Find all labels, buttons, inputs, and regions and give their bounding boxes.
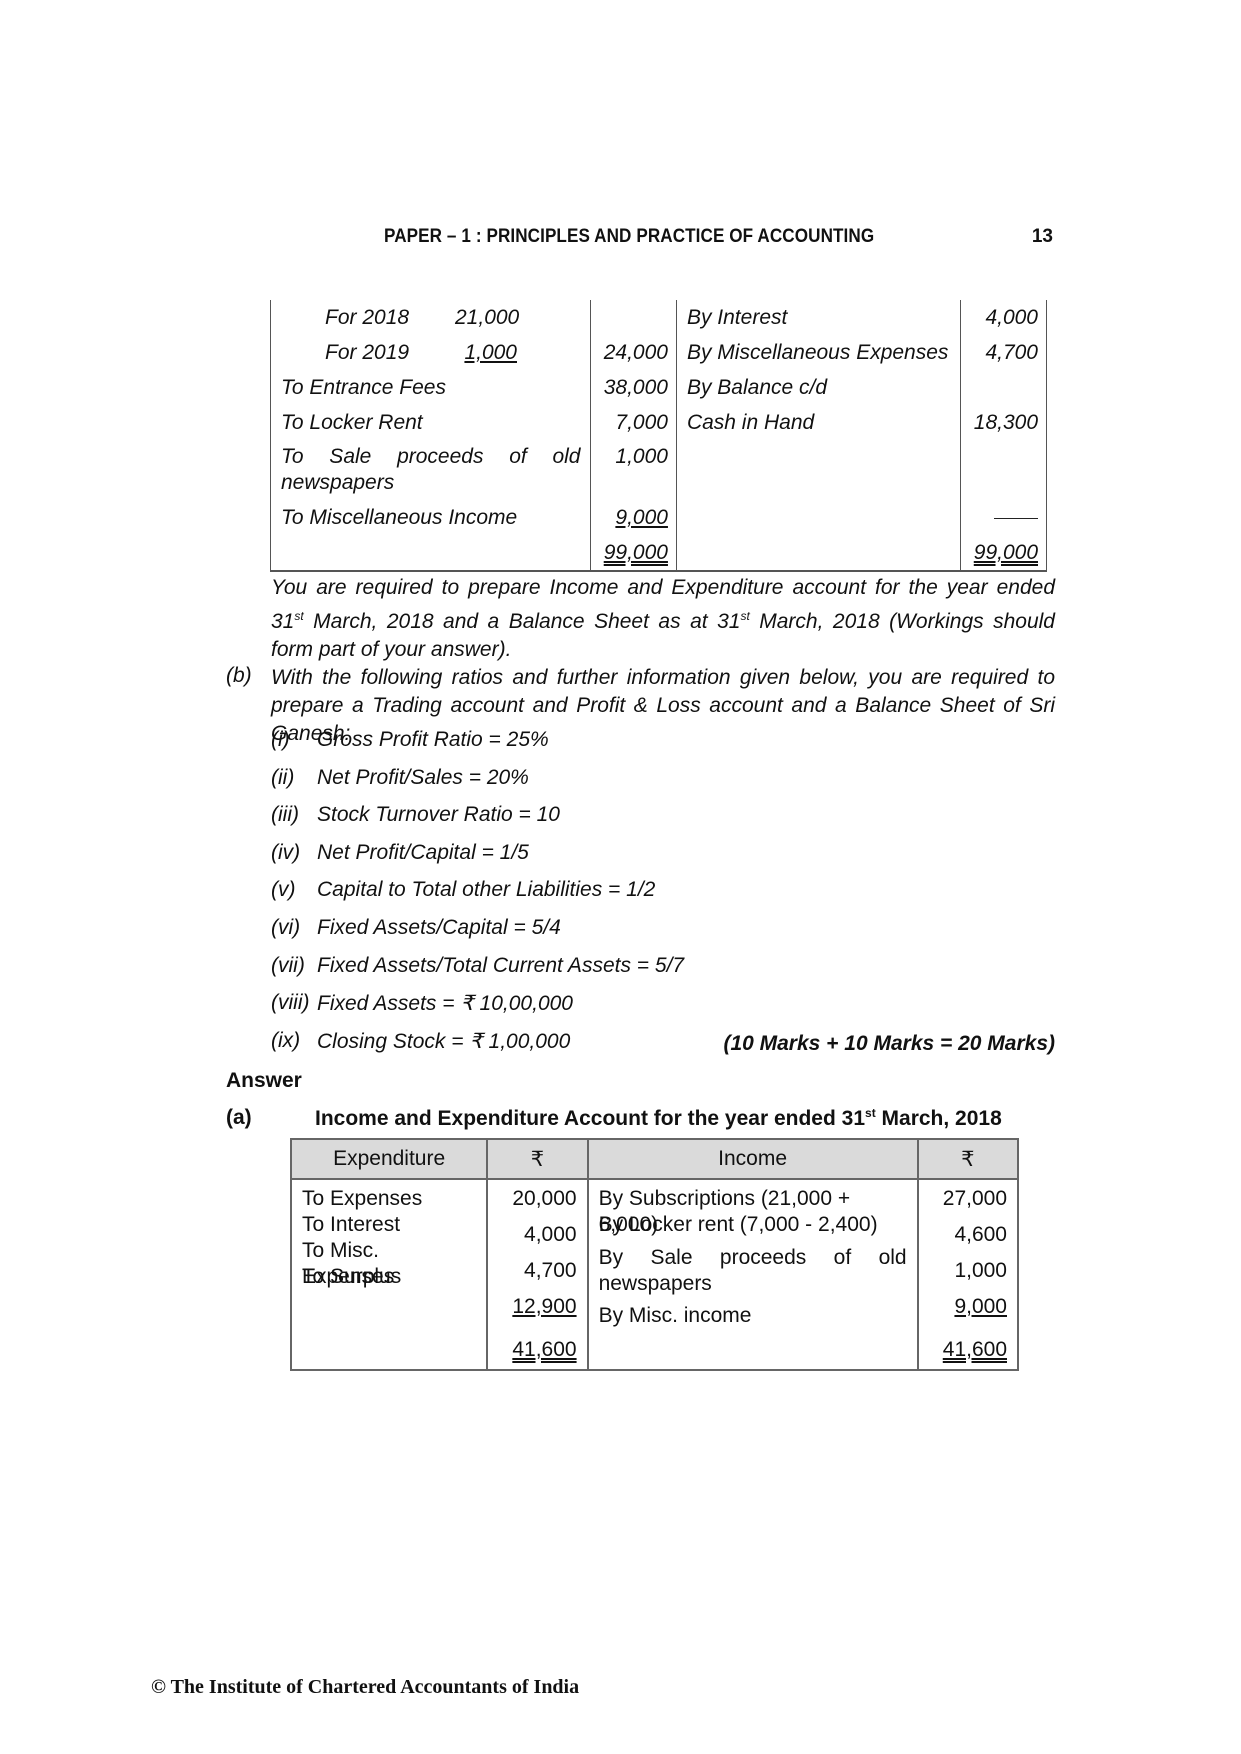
question-a-instruction: You are required to prepare Income and E…: [271, 574, 1055, 664]
table-row: To Expenses To Interest To Misc. Expense…: [291, 1179, 1018, 1329]
table-header-row: Expenditure ₹ Income ₹: [291, 1139, 1018, 1179]
amount-cell: [961, 370, 1047, 405]
sub-amount: 1,000: [455, 335, 517, 370]
table-row: To Locker Rent 7,000 Cash in Hand 18,300: [271, 405, 1047, 440]
running-header-title: PAPER – 1 : PRINCIPLES AND PRACTICE OF A…: [384, 226, 874, 248]
table-row: To Entrance Fees 38,000 By Balance c/d: [271, 370, 1047, 405]
amount-cell: 24,000: [591, 335, 676, 370]
row-label: Cash in Hand: [676, 405, 961, 440]
question-b-label: (b): [226, 664, 252, 688]
copyright-footer: © The Institute of Chartered Accountants…: [151, 1676, 579, 1699]
row-label: To Sale proceeds of old: [281, 444, 580, 470]
answer-part-label: (a): [226, 1106, 252, 1130]
row-label-continued: newspapers: [281, 470, 580, 496]
income-total: 41,600: [943, 1338, 1007, 1361]
amount-cell: 4,700: [961, 335, 1047, 370]
list-item: (iv)Net Profit/Capital = 1/5: [271, 841, 684, 879]
receipts-payments-table: For 201821,000 By Interest 4,000 For 201…: [270, 300, 1047, 572]
column-header: ₹: [487, 1139, 587, 1179]
marks-allocation: (10 Marks + 10 Marks = 20 Marks): [723, 1032, 1055, 1056]
income-column: By Subscriptions (21,000 + 6,000) By Loc…: [588, 1179, 918, 1329]
table-row: To Sale proceeds of old newspapers 1,000: [271, 440, 1047, 500]
rule-line: [994, 518, 1038, 519]
table-row: For 201821,000 By Interest 4,000: [271, 300, 1047, 335]
list-item: (v)Capital to Total other Liabilities = …: [271, 878, 684, 916]
row-label: To Locker Rent: [271, 405, 591, 440]
total-row: 99,000 99,000: [271, 535, 1047, 571]
answer-table-title: Income and Expenditure Account for the y…: [315, 1106, 1002, 1131]
column-header: Income: [588, 1139, 918, 1179]
debit-total: 99,000: [604, 541, 668, 564]
credit-total: 99,000: [974, 541, 1038, 564]
list-item: (i)Gross Profit Ratio = 25%: [271, 728, 684, 766]
expenditure-amounts: 20,000 4,000 4,700 12,900: [487, 1179, 587, 1329]
total-row: 41,600 41,600: [291, 1329, 1018, 1370]
amount-cell: 38,000: [591, 370, 676, 405]
row-label: By Balance c/d: [676, 370, 961, 405]
sub-amount: 21,000: [455, 300, 517, 335]
amount-cell: 4,000: [961, 300, 1047, 335]
table-row: To Miscellaneous Income 9,000: [271, 500, 1047, 535]
row-label: By Interest: [676, 300, 961, 335]
column-header: ₹: [918, 1139, 1018, 1179]
list-item: (vi)Fixed Assets/Capital = 5/4: [271, 916, 684, 954]
answer-heading: Answer: [226, 1069, 302, 1093]
row-label: For 2019: [281, 335, 455, 370]
row-label: By Miscellaneous Expenses: [676, 335, 961, 370]
amount-cell: [591, 300, 676, 335]
column-header: Expenditure: [291, 1139, 487, 1179]
income-amounts: 27,000 4,600 1,000 9,000: [918, 1179, 1018, 1329]
row-label: To Miscellaneous Income: [271, 500, 591, 535]
list-item: (ii)Net Profit/Sales = 20%: [271, 766, 684, 804]
row-label: For 2018: [281, 300, 455, 335]
list-item: (viii)Fixed Assets = ₹ 10,00,000: [271, 991, 684, 1029]
table-row: For 20191,000 24,000 By Miscellaneous Ex…: [271, 335, 1047, 370]
expenditure-column: To Expenses To Interest To Misc. Expense…: [291, 1179, 487, 1329]
list-item: (vii)Fixed Assets/Total Current Assets =…: [271, 954, 684, 992]
ratio-list: (i)Gross Profit Ratio = 25% (ii)Net Prof…: [271, 728, 684, 1066]
amount-cell: 9,000: [615, 506, 668, 529]
list-item: (ix)Closing Stock = ₹ 1,00,000: [271, 1029, 684, 1067]
expenditure-total: 41,600: [512, 1338, 576, 1361]
amount-cell: 18,300: [961, 405, 1047, 440]
row-label: To Entrance Fees: [271, 370, 591, 405]
income-expenditure-table: Expenditure ₹ Income ₹ To Expenses To In…: [290, 1138, 1019, 1371]
amount-cell: 7,000: [591, 405, 676, 440]
amount-cell: 1,000: [591, 440, 676, 500]
page-number: 13: [1032, 226, 1053, 248]
list-item: (iii)Stock Turnover Ratio = 10: [271, 803, 684, 841]
